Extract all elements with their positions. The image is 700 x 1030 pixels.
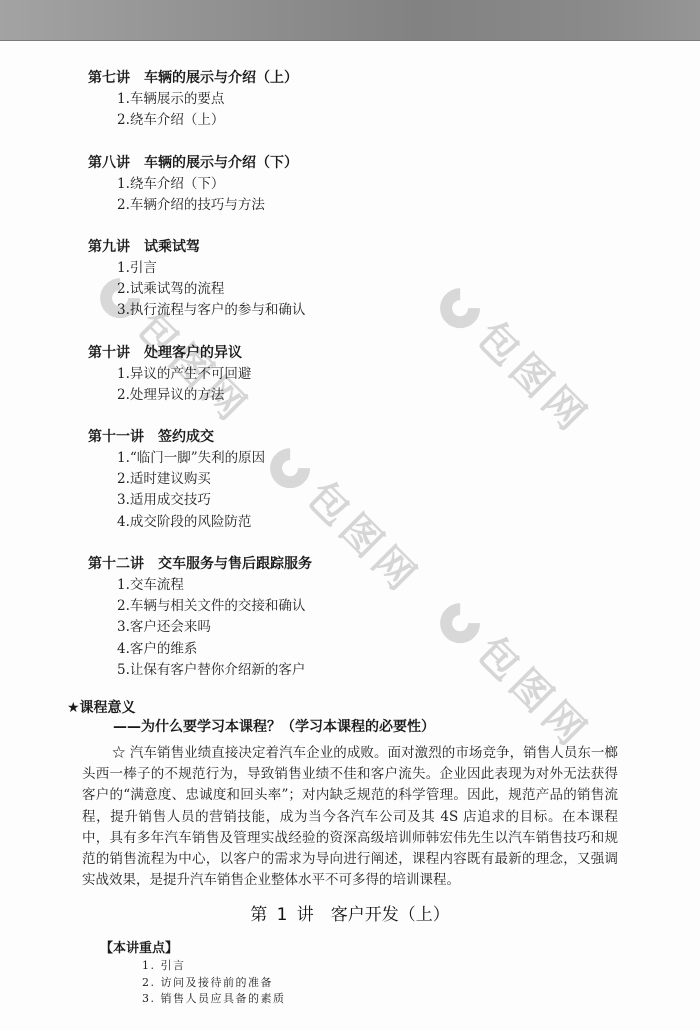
keypoints-heading: 【本讲重点】 xyxy=(100,940,286,958)
lecture-item: 2.适时建议购买 xyxy=(88,469,265,490)
section-heading-course-significance: ★课程意义 xyxy=(67,697,136,717)
watermark-logo-icon xyxy=(432,280,489,337)
lecture-title: 第十二讲 交车服务与售后跟踪服务 xyxy=(88,554,312,575)
lecture-item: 1.引言 xyxy=(88,258,305,279)
lecture-item: 1.交车流程 xyxy=(88,575,312,596)
lecture-item: 1.绕车介绍（下） xyxy=(88,174,298,195)
section-subheading: ——为什么要学习本课程？（学习本课程的必要性） xyxy=(113,716,435,736)
lecture-title: 第十一讲 签约成交 xyxy=(88,427,265,448)
lecture-item: 3.执行流程与客户的参与和确认 xyxy=(88,300,305,321)
lecture-item: 1.异议的产生不可回避 xyxy=(88,364,251,385)
lecture-item: 3.客户还会来吗 xyxy=(88,617,312,638)
watermark-logo-icon xyxy=(432,595,489,652)
lecture-item: 4.成交阶段的风险防范 xyxy=(88,512,265,533)
lecture-item: 3.适用成交技巧 xyxy=(88,490,265,511)
lecture-item: 1.车辆展示的要点 xyxy=(88,89,298,110)
lecture-11: 第十一讲 签约成交 1.“临门一脚”失利的原因 2.适时建议购买 3.适用成交技… xyxy=(88,427,265,533)
lecture-item: 2.试乘试驾的流程 xyxy=(88,279,305,300)
chapter-title: 第 1 讲 客户开发（上） xyxy=(0,900,700,925)
lecture-title: 第九讲 试乘试驾 xyxy=(88,237,305,258)
lecture-8: 第八讲 车辆的展示与介绍（下） 1.绕车介绍（下） 2.车辆介绍的技巧与方法 xyxy=(88,153,298,216)
top-header-bar xyxy=(0,0,700,41)
keypoints-section: 【本讲重点】 1. 引言 2. 访问及接待前的准备 3. 销售人员应具备的素质 xyxy=(100,940,286,1008)
lecture-9: 第九讲 试乘试驾 1.引言 2.试乘试驾的流程 3.执行流程与客户的参与和确认 xyxy=(88,237,305,322)
keypoint-item: 3. 销售人员应具备的素质 xyxy=(100,991,286,1008)
watermark-logo-icon xyxy=(262,440,319,497)
body-paragraph: ☆ 汽车销售业绩直接决定着汽车企业的成败。面对激烈的市场竞争，销售人员东一榔头西… xyxy=(82,743,618,891)
lecture-title: 第八讲 车辆的展示与介绍（下） xyxy=(88,153,298,174)
watermark: 包图网 xyxy=(430,585,605,760)
lecture-item: 4.客户的维系 xyxy=(88,639,312,660)
lecture-12: 第十二讲 交车服务与售后跟踪服务 1.交车流程 2.车辆与相关文件的交接和确认 … xyxy=(88,554,312,681)
lecture-10: 第十讲 处理客户的异议 1.异议的产生不可回避 2.处理异议的方法 xyxy=(88,343,251,406)
lecture-item: 5.让保有客户替你介绍新的客户 xyxy=(88,660,312,681)
watermark: 包图网 xyxy=(430,270,605,445)
lecture-item: 2.车辆介绍的技巧与方法 xyxy=(88,195,298,216)
keypoint-item: 2. 访问及接待前的准备 xyxy=(100,975,286,992)
lecture-title: 第十讲 处理客户的异议 xyxy=(88,343,251,364)
lecture-7: 第七讲 车辆的展示与介绍（上） 1.车辆展示的要点 2.绕车介绍（上） xyxy=(88,68,298,131)
lecture-item: 1.“临门一脚”失利的原因 xyxy=(88,448,265,469)
keypoint-item: 1. 引言 xyxy=(100,958,286,975)
lecture-item: 2.车辆与相关文件的交接和确认 xyxy=(88,596,312,617)
lecture-item: 2.处理异议的方法 xyxy=(88,385,251,406)
lecture-title: 第七讲 车辆的展示与介绍（上） xyxy=(88,68,298,89)
lecture-item: 2.绕车介绍（上） xyxy=(88,110,298,131)
